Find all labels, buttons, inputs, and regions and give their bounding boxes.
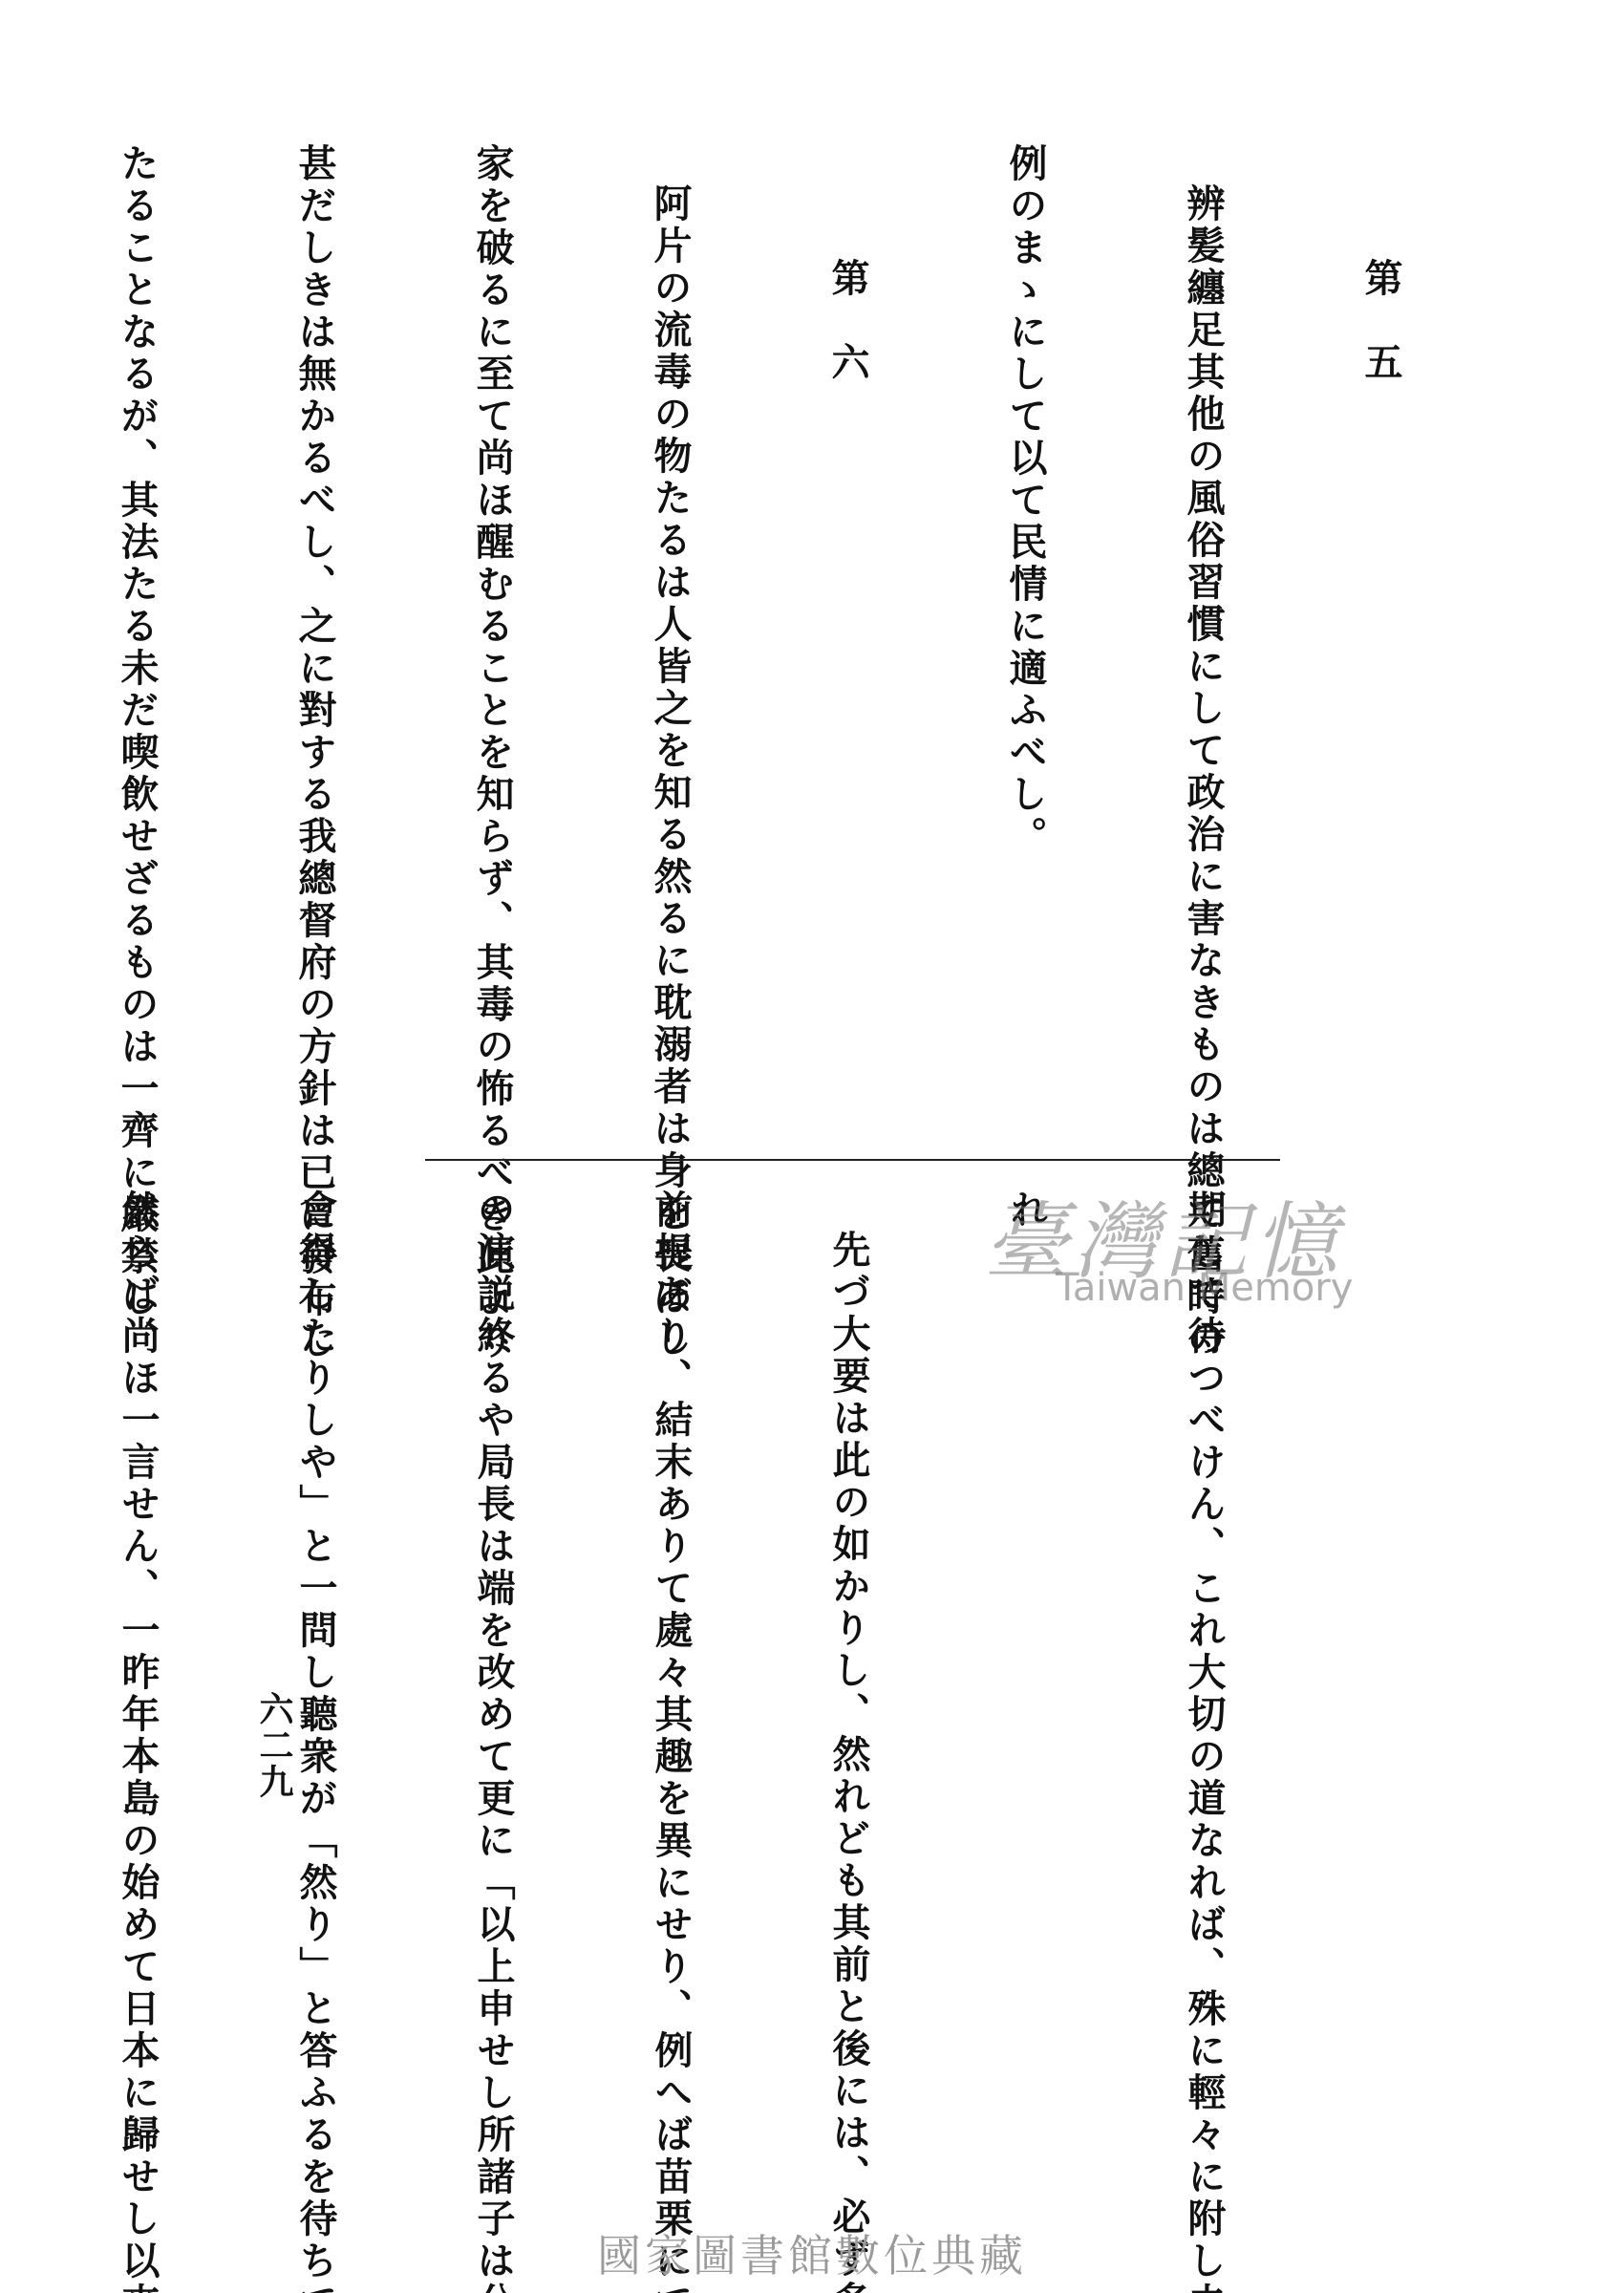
section-divider-line	[425, 1159, 1280, 1161]
upper-text-block: 第 五 辨髪纏足其他の風俗習慣にして政治に害なきものは總て舊時の 例のまゝにして…	[248, 143, 1528, 1146]
text-column: の演説終るや局長は端を改めて更に「以上申せし所諸子は分明に	[463, 1189, 523, 1897]
watermark-subtitle: Taiwan Memory	[1056, 1266, 1353, 1310]
text-column: 例のまゝにして以て民情に適ふべし。	[995, 143, 1055, 1146]
text-column: 先づ大要は此の如かりし、然れども其前と後には、必ず多少の	[819, 1189, 878, 1897]
text-column: 然らば尚ほ一言せん、一昨年本島の始めて日本に歸せし以來所	[108, 1189, 167, 1897]
text-column: 甚だしきは無かるべし、之に對する我總督府の方針は已に發布し	[285, 143, 344, 1146]
section-heading-5: 第 五	[1351, 143, 1410, 1146]
page-number: 六二九	[250, 1691, 299, 1800]
section-heading-6: 第 六	[818, 143, 877, 1146]
text-column: 辨髪纏足其他の風俗習慣にして政治に害なきものは總て舊時の	[1173, 143, 1232, 1146]
text-column: 家を破るに至て尚ほ醒むることを知らず、其毒の怖るべき此より	[462, 143, 522, 1146]
text-column: たることなるが、其法たる未だ喫飲せざるものは一齊に嚴禁し、	[107, 143, 166, 1146]
text-column: 前提あり、結末ありて處々其趣を異にせり、例へば苗栗にては右	[641, 1189, 700, 1897]
text-column: 阿片の流毒の物たるは人皆之を知る然るに耽溺者は身を喪ぼし	[640, 143, 699, 1146]
text-column: れ	[996, 1189, 1056, 1897]
footer-archive-label: 國家圖書館數位典藏	[0, 2221, 1624, 2284]
